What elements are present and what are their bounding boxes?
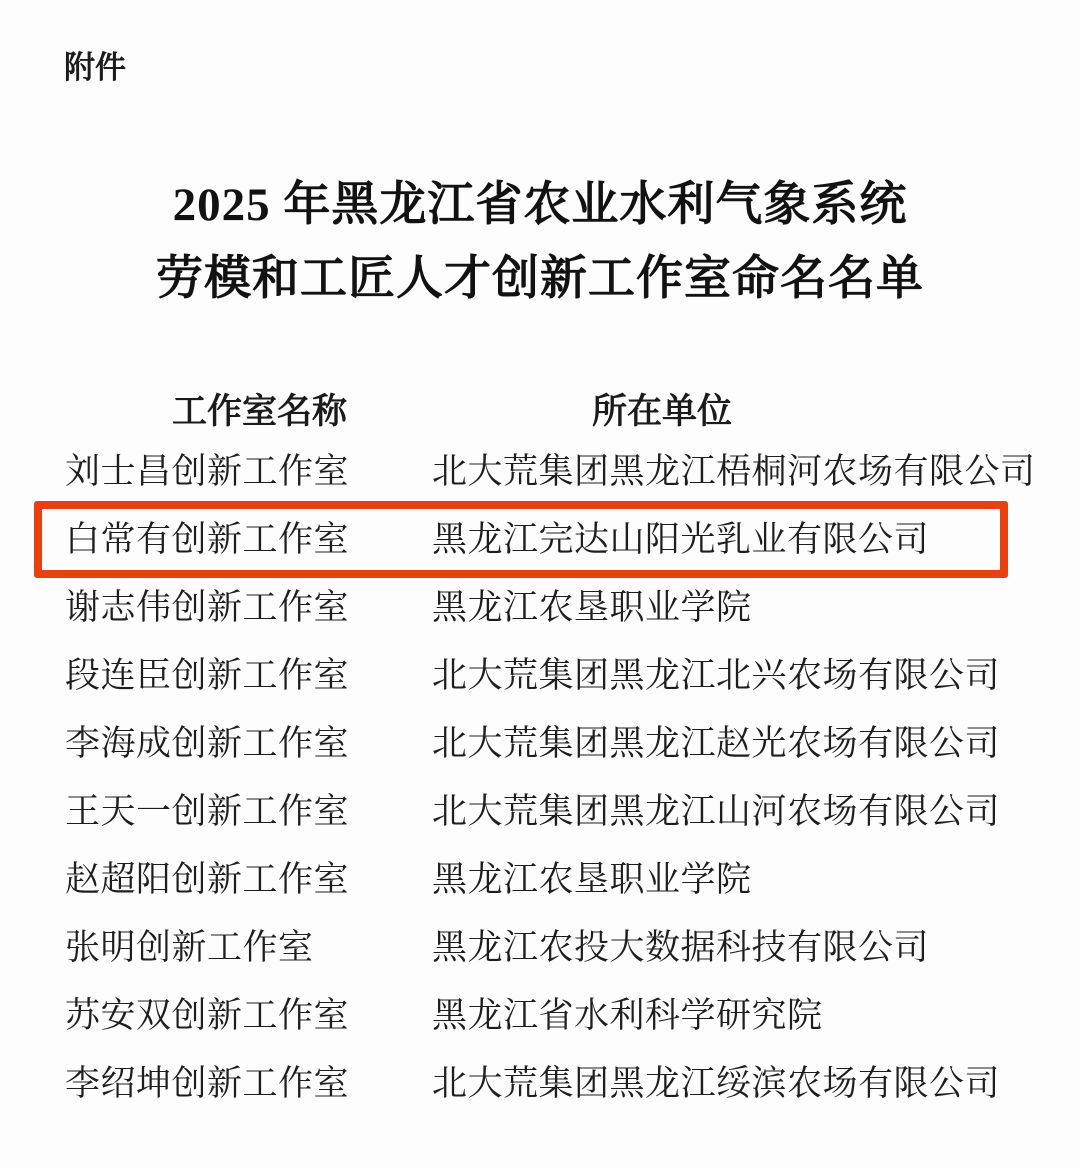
column-header-studio-name: 工作室名称 — [172, 392, 347, 432]
studio-name-cell: 刘士昌创新工作室 — [65, 438, 349, 506]
table-row: 段连臣创新工作室 北大荒集团黑龙江北兴农场有限公司 — [0, 642, 1080, 710]
unit-cell: 北大荒集团黑龙江绥滨农场有限公司 — [432, 1050, 1000, 1118]
table-row: 谢志伟创新工作室 黑龙江农垦职业学院 — [0, 574, 1080, 642]
table-header-row: 工作室名称 所在单位 — [0, 392, 1080, 432]
studio-name-cell: 张明创新工作室 — [65, 914, 314, 982]
studio-name-cell: 段连臣创新工作室 — [65, 642, 349, 710]
unit-cell: 黑龙江完达山阳光乳业有限公司 — [432, 506, 929, 574]
unit-cell: 北大荒集团黑龙江梧桐河农场有限公司 — [432, 438, 1036, 506]
unit-cell: 黑龙江农投大数据科技有限公司 — [432, 914, 929, 982]
table-body: 刘士昌创新工作室 北大荒集团黑龙江梧桐河农场有限公司 白常有创新工作室 黑龙江完… — [0, 438, 1080, 1118]
document-page: 附件 2025 年黑龙江省农业水利气象系统 劳模和工匠人才创新工作室命名名单 工… — [0, 0, 1080, 1167]
studio-name-cell: 王天一创新工作室 — [65, 778, 349, 846]
table-row: 李海成创新工作室 北大荒集团黑龙江赵光农场有限公司 — [0, 710, 1080, 778]
table-row: 张明创新工作室 黑龙江农投大数据科技有限公司 — [0, 914, 1080, 982]
unit-cell: 黑龙江省水利科学研究院 — [432, 982, 823, 1050]
table-row: 李绍坤创新工作室 北大荒集团黑龙江绥滨农场有限公司 — [0, 1050, 1080, 1118]
table-row: 王天一创新工作室 北大荒集团黑龙江山河农场有限公司 — [0, 778, 1080, 846]
table-row: 赵超阳创新工作室 黑龙江农垦职业学院 — [0, 846, 1080, 914]
table-row-highlighted: 白常有创新工作室 黑龙江完达山阳光乳业有限公司 — [0, 506, 1080, 574]
studio-name-cell: 赵超阳创新工作室 — [65, 846, 349, 914]
studio-name-cell: 苏安双创新工作室 — [65, 982, 349, 1050]
column-header-unit: 所在单位 — [592, 392, 732, 432]
title-line-2: 劳模和工匠人才创新工作室命名名单 — [0, 242, 1080, 316]
table-row: 刘士昌创新工作室 北大荒集团黑龙江梧桐河农场有限公司 — [0, 438, 1080, 506]
studio-name-cell: 李绍坤创新工作室 — [65, 1050, 349, 1118]
unit-cell: 北大荒集团黑龙江北兴农场有限公司 — [432, 642, 1000, 710]
unit-cell: 北大荒集团黑龙江山河农场有限公司 — [432, 778, 1000, 846]
studio-name-cell: 白常有创新工作室 — [65, 506, 349, 574]
unit-cell: 北大荒集团黑龙江赵光农场有限公司 — [432, 710, 1000, 778]
studio-name-cell: 李海成创新工作室 — [65, 710, 349, 778]
attachment-label: 附件 — [64, 42, 126, 87]
studio-name-cell: 谢志伟创新工作室 — [65, 574, 349, 642]
table-row: 苏安双创新工作室 黑龙江省水利科学研究院 — [0, 982, 1080, 1050]
unit-cell: 黑龙江农垦职业学院 — [432, 846, 752, 914]
unit-cell: 黑龙江农垦职业学院 — [432, 574, 752, 642]
document-title: 2025 年黑龙江省农业水利气象系统 劳模和工匠人才创新工作室命名名单 — [0, 168, 1080, 316]
title-line-1: 2025 年黑龙江省农业水利气象系统 — [0, 168, 1080, 242]
